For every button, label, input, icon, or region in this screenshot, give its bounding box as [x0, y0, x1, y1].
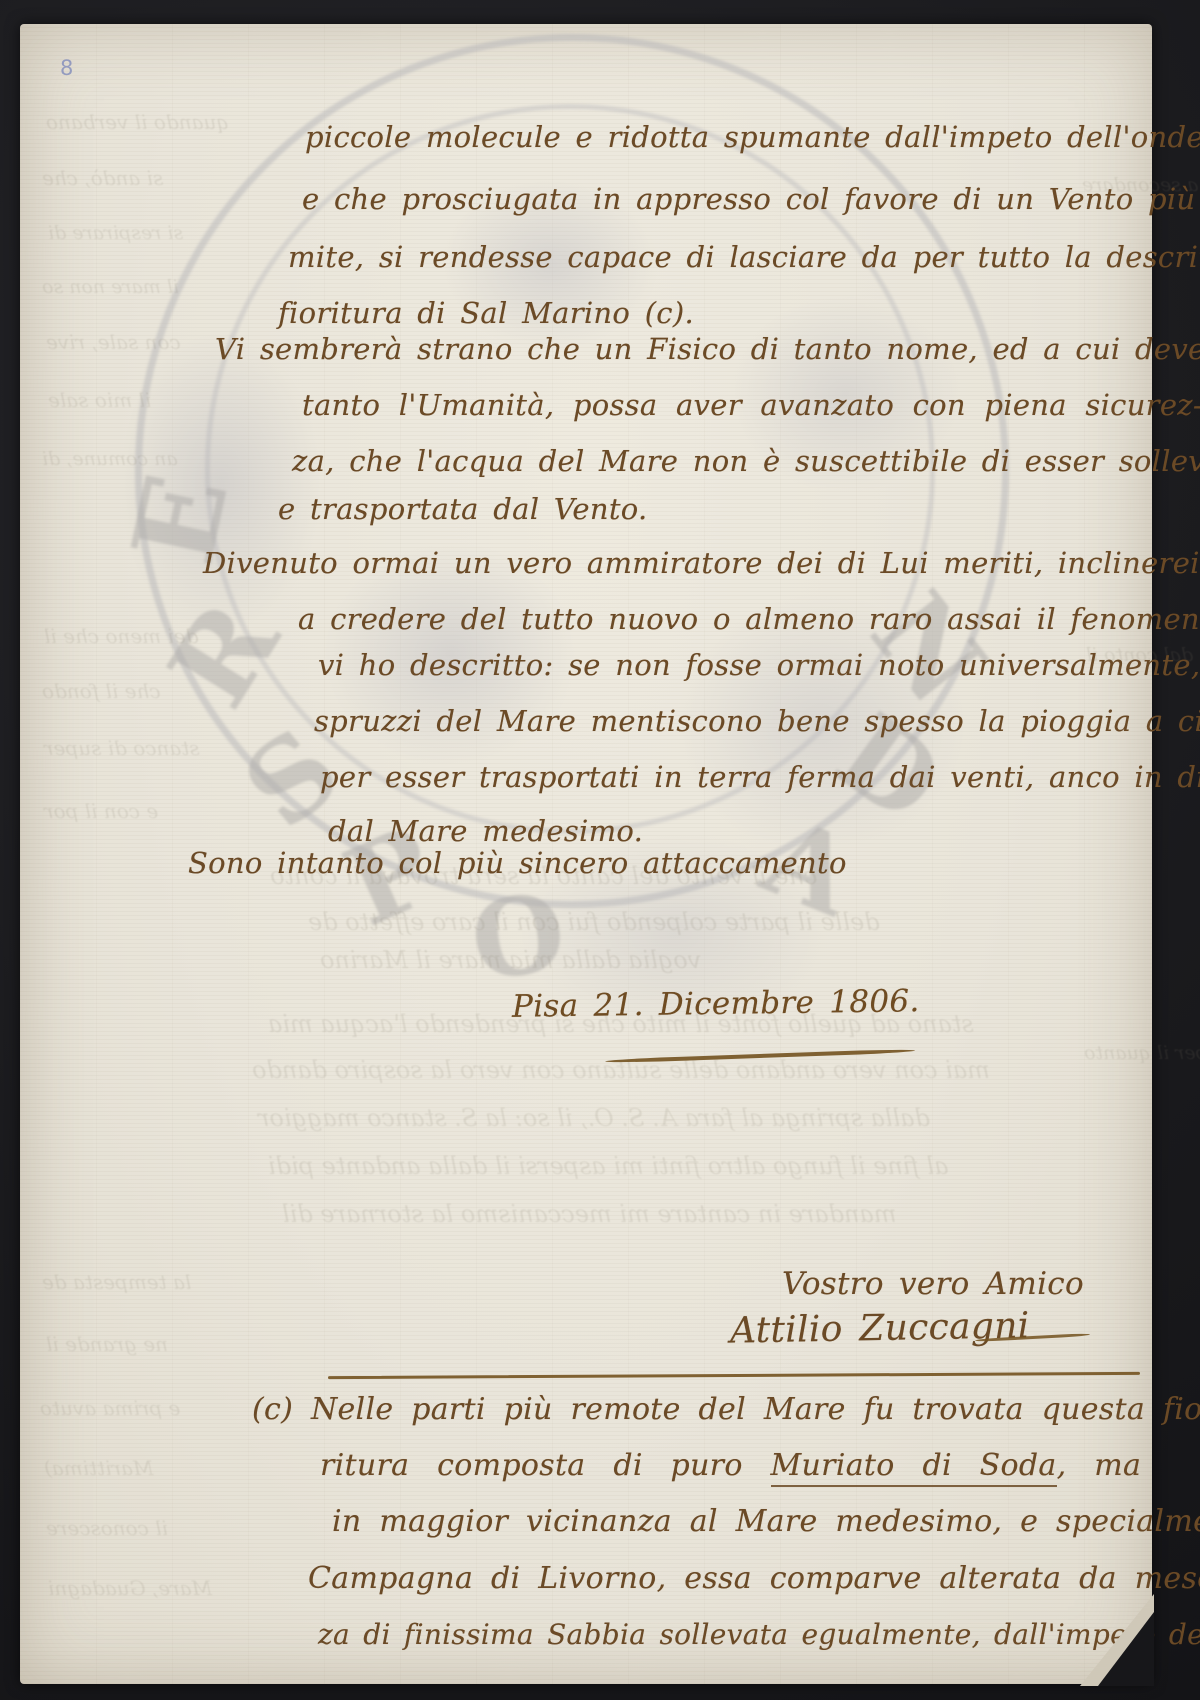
page-number-stamp: 8 [60, 56, 73, 80]
date-underline-flourish [605, 1049, 915, 1064]
body-line: vi ho descritto: se non fosse ormai noto… [318, 648, 1200, 682]
bleedthrough-text: che il fondo [42, 679, 161, 703]
footnote-line: (c) Nelle parti più remote del Mare fu t… [252, 1392, 1200, 1427]
body-line: Divenuto ormai un vero ammiratore dei di… [203, 546, 1200, 580]
bleedthrough-text: dei meno che il [44, 624, 199, 648]
scanned-page: ERSPONDA quando il verbanosi andò, chesi… [0, 0, 1200, 1700]
bleedthrough-text: e con il por [44, 799, 158, 823]
bleedthrough-text: al fine il fungo altro finti mi aspersi … [268, 1152, 948, 1180]
body-line: mite, si rendesse capace di lasciare da … [288, 240, 1200, 274]
body-line: tanto l'Umanità, possa aver avanzato con… [302, 388, 1200, 422]
body-line: spruzzi del Mare mentiscono bene spesso … [314, 704, 1200, 738]
bleedthrough-text: il mare non so [42, 276, 179, 298]
valediction: Vostro vero Amico [782, 1266, 1084, 1302]
bleedthrough-text: quando il verbano [46, 110, 229, 134]
bleedthrough-text: si andò, che [42, 166, 163, 190]
bleedthrough-text: con sale, rive [46, 330, 181, 354]
closing-line: Sono intanto col più sincero attaccament… [188, 846, 847, 880]
stamp-letter: R [144, 580, 304, 728]
bleedthrough-text: si respirare di [48, 222, 183, 244]
bleedthrough-text: dalla springa al fara A. S. O., il so: l… [258, 1104, 930, 1132]
bleedthrough-text: il conoscere [46, 1516, 168, 1540]
body-line: per esser trasportati in terra ferma dai… [320, 760, 1200, 794]
signature: Attilio Zuccagni [730, 1305, 1030, 1351]
footnote-line: Campagna di Livorno, essa comparve alter… [308, 1561, 1200, 1596]
bleedthrough-text: ne grande il [46, 1332, 168, 1356]
body-line: dal Mare medesimo. [328, 814, 643, 848]
stamp-letter: O [464, 868, 573, 1005]
paper-sheet: ERSPONDA quando il verbanosi andò, chesi… [20, 24, 1152, 1684]
bleedthrough-text: il mio sale [48, 388, 151, 412]
body-line: piccole molecule e ridotta spumante dall… [305, 120, 1200, 154]
bleedthrough-text: per il quanto [1084, 1042, 1200, 1064]
dateline: Pisa 21. Dicembre 1806. [512, 983, 920, 1025]
bleedthrough-text: an comune, di [42, 448, 178, 470]
body-line: za, che l'acqua del Mare non è suscettib… [292, 444, 1200, 478]
bleedthrough-text: e prima avuto [40, 1396, 180, 1420]
bleedthrough-text: voglia dalla mia mare il Marino [320, 946, 701, 974]
folded-corner-icon [1098, 1612, 1154, 1686]
footnote-text: ritura composta di puro [320, 1448, 771, 1483]
bleedthrough-text: la tempesta de [42, 1270, 191, 1294]
bleedthrough-text: mandare in cantare mi meccanismo la stor… [282, 1200, 897, 1228]
underlined-term: Muriato di Soda [771, 1448, 1057, 1487]
bleedthrough-text: Marittima) [44, 1456, 154, 1480]
footnote-separator-rule [328, 1372, 1140, 1379]
footnote-line: za di finissima Sabbia sollevata egualme… [318, 1618, 1200, 1651]
body-line: Vi sembrerà strano che un Fisico di tant… [215, 332, 1200, 366]
bleedthrough-text: Mare, Guadagni [48, 1576, 212, 1600]
body-line: fioritura di Sal Marino (c). [278, 296, 694, 330]
footnote-text: , ma [1057, 1448, 1142, 1483]
footnote-line: ritura composta di puro Muriato di Soda,… [320, 1448, 1141, 1483]
bleedthrough-text: delle il parte colpendo fui con il caro … [308, 908, 880, 936]
body-line: e trasportata dal Vento. [278, 492, 648, 526]
footnote-line: in maggior vicinanza al Mare medesimo, e… [332, 1504, 1200, 1539]
bleedthrough-text: stanco di super [44, 736, 200, 760]
body-line: e che prosciugata in appresso col favore… [302, 182, 1195, 216]
body-line: a credere del tutto nuovo o almeno raro … [298, 602, 1200, 636]
